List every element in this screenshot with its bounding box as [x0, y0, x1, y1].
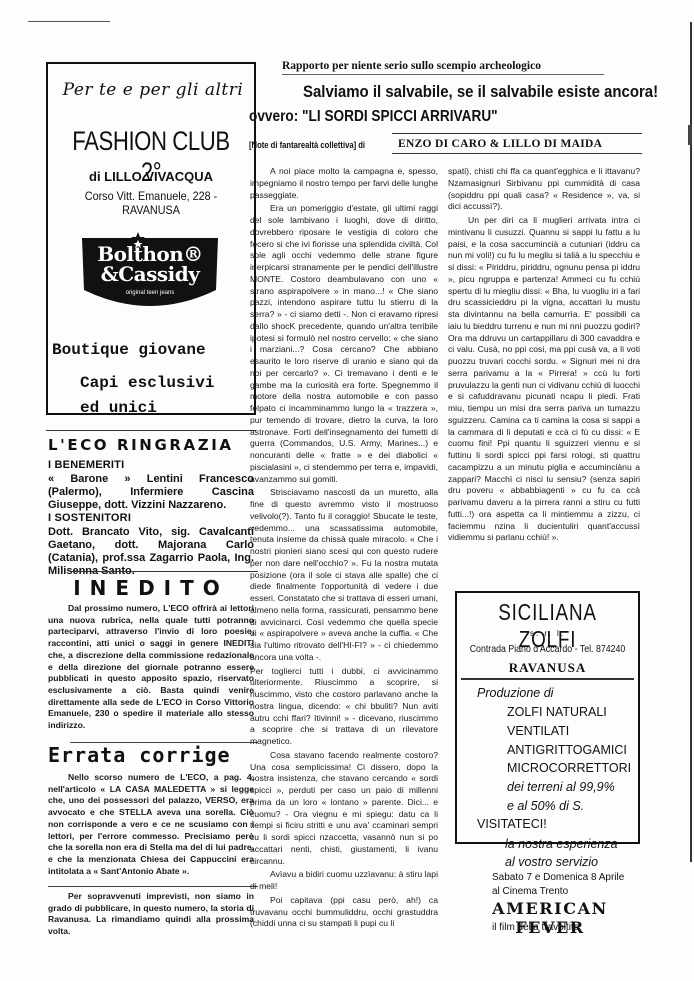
zolfi-line: la nostra esperienza — [505, 837, 618, 851]
zolfi-legal-form: s. r. l. — [457, 629, 638, 638]
zolfi-line: al vostro servizio — [505, 855, 598, 869]
top-rule — [28, 21, 110, 22]
ad-address: Corso Vitt. Emanuele, 228 - RAVANUSA — [58, 189, 243, 217]
article-paragraph: Un per diri ca li muglieri arrivata intr… — [448, 215, 640, 544]
thanks-title: L'ECO RINGRAZIA — [48, 436, 234, 454]
article-paragraph: Per toglierci tutti i dubbi, ci avvicina… — [250, 666, 438, 748]
section-rule — [72, 571, 258, 572]
article-subheadline: ovvero: "LI SORDI SPICCI ARRIVARU" — [249, 108, 498, 126]
logo-line-2: &Cassidy — [101, 262, 200, 286]
ad-line-capi: Capi esclusivi ed unici — [80, 371, 214, 421]
byline-rule — [392, 153, 642, 154]
zolfi-divider — [461, 678, 634, 680]
ad-owner: di LILLO VIVACQUA — [48, 169, 254, 184]
errata-title: Errata corrige — [48, 743, 231, 767]
zolfi-line: VISITATECI! — [477, 817, 547, 831]
sostenitori-heading: I SOSTENITORI — [48, 512, 131, 524]
article-headline: Salviamo il salvabile, se il salvabile e… — [303, 82, 658, 102]
ad-line-boutique: Boutique giovane — [52, 341, 206, 359]
page-edge-mark — [688, 125, 692, 145]
article-paragraph: spati), chisti chi ffa ca quant'egghica … — [448, 166, 640, 213]
article-kicker: Rapporto per niente serio sullo scempio … — [282, 60, 541, 72]
page-edge-rule — [690, 22, 692, 862]
zolfi-address: Contrada Piano d'Accardo - Tel. 874240 — [468, 644, 627, 655]
zolfi-line: Produzione di — [477, 686, 553, 700]
cinema-dates: Sabato 7 e Domenica 8 Aprile — [492, 872, 677, 883]
zolfi-line: MICROCORRETTORI — [507, 761, 631, 775]
kicker-rule — [282, 74, 604, 75]
article-column-right: spati), chisti chi ffa ca quant'egghica … — [448, 166, 640, 546]
ad-slogan: Per te e per gli altri — [56, 80, 250, 100]
article-column-center: A noi piace molto la campagna e, spesso,… — [250, 166, 438, 932]
zolfi-line: ZOLFI NATURALI — [507, 705, 607, 719]
logo-tagline: original teen jeans — [80, 290, 220, 296]
article-paragraph: Cosa stavano facendo realmente costoro? … — [250, 750, 438, 868]
byline-authors: ENZO DI CARO & LILLO DI MAIDA — [398, 138, 602, 150]
benemeriti-names: « Barone » Lentini Francesco (Palermo), … — [48, 473, 254, 512]
article-paragraph: Avìavu a bidiri cuomu uzzìavanu: à stiru… — [250, 869, 438, 893]
zolfi-line: e al 50% di S. — [507, 799, 584, 813]
bolthon-cassidy-logo: Bolthon®&Cassidy original teen jeans — [80, 230, 220, 315]
article-paragraph: Era un pomeriggio d'estate, gli ultimi r… — [250, 203, 438, 485]
ad-line-2: Capi esclusivi — [80, 374, 214, 392]
zolfi-line: dei terreni al 99,9% — [507, 780, 615, 794]
inedito-body: Dal prossimo numero, L'ECO offrirà ai le… — [48, 603, 254, 732]
benemeriti-heading: I BENEMERITI — [48, 459, 124, 471]
siciliana-zolfi-ad: SICILIANA ZOLFI s. r. l. Contrada Piano … — [455, 591, 640, 844]
errata-body: Nello scorso numero de L'ECO, a pag. 4, … — [48, 772, 254, 877]
byline-note: [Note di fantarealtà collettiva] di — [249, 140, 365, 150]
zolfi-town: RAVANUSA — [457, 660, 638, 676]
zolfi-line: VENTILATI — [507, 724, 569, 738]
fashion-club-ad: Per te e per gli altri FASHION CLUB 2° d… — [46, 62, 256, 415]
article-paragraph: A noi piace molto la campagna e, spesso,… — [250, 166, 438, 201]
ravanusa-notice: Per sopravvenuti imprevisti, non siamo i… — [48, 891, 254, 938]
cinema-tagline: il film della travoltite — [492, 922, 677, 933]
zolfi-line: ANTIGRITTOGAMICI — [507, 743, 627, 757]
section-rule — [46, 430, 256, 431]
ad-line-3: ed unici — [80, 399, 157, 417]
article-paragraph: Strisciavamo nascosti da un muretto, all… — [250, 487, 438, 663]
byline-rule — [392, 133, 642, 134]
article-paragraph: Poi capitava (ppi casu però, ah!) ca tru… — [250, 895, 438, 930]
section-rule — [48, 886, 258, 887]
inedito-title: INEDITO — [48, 576, 254, 600]
cinema-venue: al Cinema Trento — [492, 886, 677, 897]
